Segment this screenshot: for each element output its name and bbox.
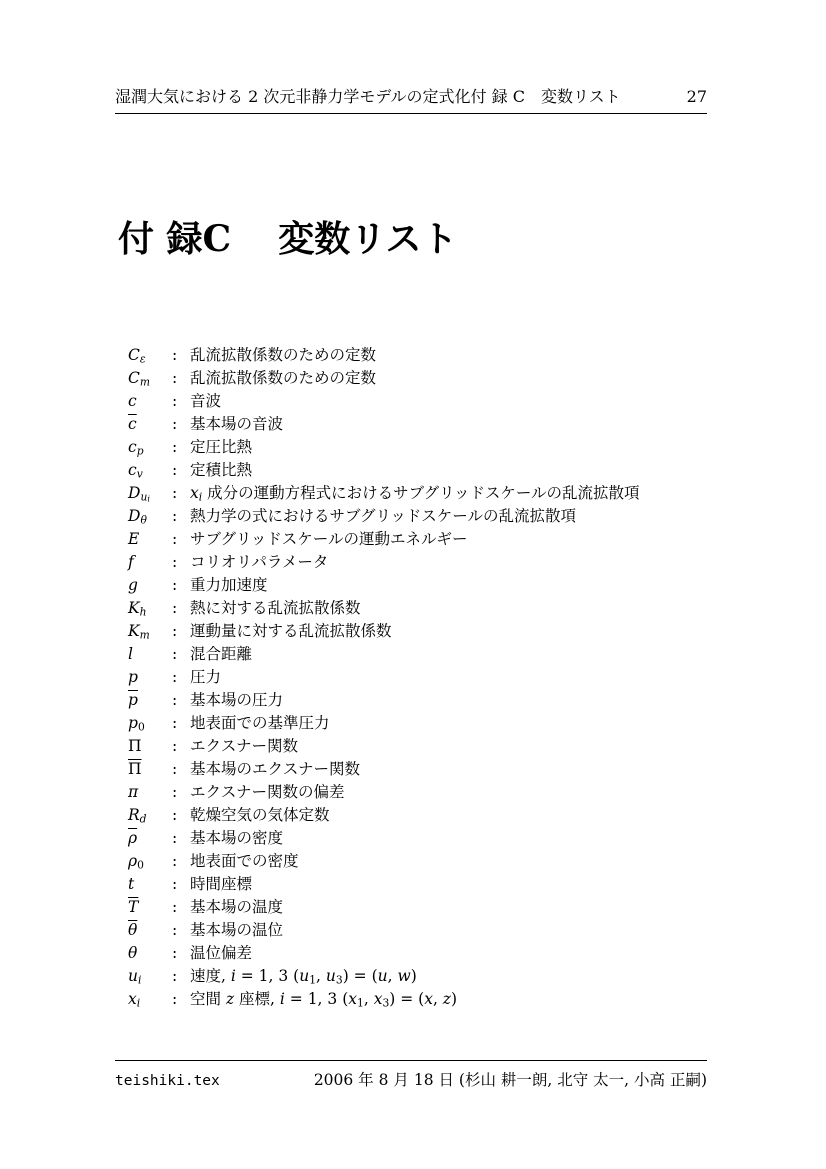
variable-row: g:重力加速度 [128,574,748,597]
variable-description: 時間座標 [190,873,748,896]
math-segment: z [443,990,451,1008]
variable-description: 圧力 [190,666,748,689]
math-segment: i [138,973,141,986]
variable-symbol: t [128,873,172,896]
math-segment: 空間 [190,990,226,1008]
colon-separator: : [172,712,190,735]
math-segment: x [424,990,433,1008]
math-segment: 基本場の圧力 [190,691,283,709]
colon-separator: : [172,850,190,873]
math-segment: g [128,576,138,594]
math-segment: ) = ( [343,967,378,985]
colon-separator: : [172,965,190,988]
math-segment: p [128,691,138,709]
variable-row: xi:空間 z 座標, i = 1, 3 (x1, x3) = (x, z) [128,988,748,1011]
math-segment: m [140,375,150,388]
math-segment: i [137,996,140,1009]
variable-symbol: π [128,781,172,804]
math-segment: 基本場の音波 [190,415,283,433]
math-segment: , [364,990,374,1008]
math-segment: 運動量に対する乱流拡散係数 [190,622,392,640]
variable-row: Dθ:熱力学の式におけるサブグリッドスケールの乱流拡散項 [128,505,748,528]
math-segment: 地表面での基準圧力 [190,714,330,732]
math-segment: D [128,507,140,525]
variable-symbol: Π [128,758,172,781]
variable-symbol: l [128,643,172,666]
colon-separator: : [172,873,190,896]
variable-description: 熱に対する乱流拡散係数 [190,597,748,620]
math-segment: x [348,990,357,1008]
variable-row: ui:速度, i = 1, 3 (u1, u3) = (u, w) [128,965,748,988]
math-segment: p [137,444,144,457]
math-segment: ) [451,990,457,1008]
math-segment: コリオリパラメータ [190,553,328,571]
math-segment: 基本場の温位 [190,921,283,939]
math-segment: , [388,967,398,985]
math-segment: c [128,438,137,456]
variable-description: 運動量に対する乱流拡散係数 [190,620,748,643]
math-segment: ρ [128,829,137,847]
math-segment: 圧力 [190,668,221,686]
math-segment: z [226,990,234,1008]
colon-separator: : [172,436,190,459]
document-page: 湿潤大気における 2 次元非静力学モデルの定式化付 録 C 変数リスト 27 付… [0,0,826,1169]
footer-filename: teishiki.tex [115,1073,220,1089]
variable-row: Π:基本場のエクスナー関数 [128,758,748,781]
variable-description: 温位偏差 [190,942,748,965]
math-segment: 乱流拡散係数のための定数 [190,346,376,364]
variable-symbol: c [128,390,172,413]
colon-separator: : [172,666,190,689]
variable-description: 音波 [190,390,748,413]
variable-row: p:基本場の圧力 [128,689,748,712]
page-footer: teishiki.tex 2006 年 8 月 18 日 (杉山 耕一朗, 北守… [115,1060,707,1090]
variable-symbol: θ [128,919,172,942]
math-segment: π [128,783,138,801]
math-segment: エクスナー関数 [190,737,298,755]
math-segment: Π [128,737,142,755]
variable-row: E:サブグリッドスケールの運動エネルギー [128,528,748,551]
variable-description: 基本場の圧力 [190,689,748,712]
variable-description: 基本場のエクスナー関数 [190,758,748,781]
math-segment: l [128,645,133,663]
math-segment: 速度, [190,967,231,985]
running-head: 湿潤大気における 2 次元非静力学モデルの定式化付 録 C 変数リスト 27 [115,87,707,107]
math-segment: 1 [357,996,364,1009]
variable-row: T:基本場の温度 [128,896,748,919]
math-segment: x [190,484,199,502]
colon-separator: : [172,551,190,574]
math-segment: 熱力学の式におけるサブグリッドスケールの乱流拡散項 [190,507,576,525]
variable-row: π:エクスナー関数の偏差 [128,781,748,804]
math-segment: サブグリッドスケールの運動エネルギー [190,530,467,548]
math-segment: m [140,628,150,641]
math-segment: 混合距離 [190,645,252,663]
variable-symbol: f [128,551,172,574]
variable-row: t:時間座標 [128,873,748,896]
colon-separator: : [172,459,190,482]
variable-description: エクスナー関数の偏差 [190,781,748,804]
math-segment: v [137,467,143,480]
math-segment: 定圧比熱 [190,438,252,456]
math-segment: c [128,392,137,410]
variable-description: 基本場の温度 [190,896,748,919]
math-segment: , [316,967,326,985]
colon-separator: : [172,574,190,597]
variable-description: 重力加速度 [190,574,748,597]
appendix-title: 付 録C 変数リスト [118,219,457,259]
math-segment: 座標, [234,990,280,1008]
math-segment: p [128,714,138,732]
footer-line: teishiki.tex 2006 年 8 月 18 日 (杉山 耕一朗, 北守… [115,1068,707,1090]
appendix-title-name: 変数リスト [278,219,457,259]
colon-separator: : [172,482,190,505]
variable-row: cv:定積比熱 [128,459,748,482]
colon-separator: : [172,505,190,528]
variable-row: l:混合距離 [128,643,748,666]
variable-row: cp:定圧比熱 [128,436,748,459]
variable-symbol: ρ [128,827,172,850]
math-segment: 1 [309,973,316,986]
page-number: 27 [687,87,707,107]
variable-description: 基本場の密度 [190,827,748,850]
variable-row: c:基本場の音波 [128,413,748,436]
variable-symbol: Π [128,735,172,758]
math-segment: = 1, 3 ( [236,967,299,985]
math-segment: u [378,967,388,985]
variable-row: c:音波 [128,390,748,413]
math-segment: f [128,553,134,571]
variable-row: Cm:乱流拡散係数のための定数 [128,367,748,390]
math-segment: x [128,990,137,1008]
math-segment: 温位偏差 [190,944,252,962]
math-segment: c [128,461,137,479]
colon-separator: : [172,804,190,827]
variable-symbol: p [128,666,172,689]
math-segment: 基本場のエクスナー関数 [190,760,360,778]
math-segment: 音波 [190,392,221,410]
colon-separator: : [172,896,190,919]
math-segment: ) [411,967,417,985]
colon-separator: : [172,528,190,551]
colon-separator: : [172,643,190,666]
math-segment: , [433,990,443,1008]
colon-separator: : [172,781,190,804]
colon-separator: : [172,827,190,850]
variable-row: θ:基本場の温位 [128,919,748,942]
math-segment: θ [140,513,146,526]
math-segment: 乾燥空気の気体定数 [190,806,330,824]
variable-description: コリオリパラメータ [190,551,748,574]
running-section-title: 付 録 C 変数リスト [471,87,621,107]
variable-row: Π:エクスナー関数 [128,735,748,758]
colon-separator: : [172,620,190,643]
variable-description: 基本場の温位 [190,919,748,942]
colon-separator: : [172,689,190,712]
math-segment: 時間座標 [190,875,252,893]
footer-dateline: 2006 年 8 月 18 日 (杉山 耕一朗, 北守 太一, 小高 正嗣) [314,1068,707,1090]
math-segment: w [397,967,410,985]
math-segment: 0 [138,720,145,733]
math-segment: K [128,599,140,617]
colon-separator: : [172,367,190,390]
variable-symbol: c [128,413,172,436]
math-segment: 0 [137,858,144,871]
variable-row: ρ0:地表面での密度 [128,850,748,873]
colon-separator: : [172,735,190,758]
math-segment: u [299,967,309,985]
math-segment: ) = ( [389,990,424,1008]
variable-row: f:コリオリパラメータ [128,551,748,574]
variable-row: ρ:基本場の密度 [128,827,748,850]
math-segment: 定積比熱 [190,461,252,479]
variable-symbol: T [128,896,172,919]
variable-row: Km:運動量に対する乱流拡散係数 [128,620,748,643]
math-segment: i [147,495,150,504]
variable-description: 定積比熱 [190,459,748,482]
math-segment: C [128,346,140,364]
variable-description: 乱流拡散係数のための定数 [190,344,748,367]
math-segment: θ [128,921,137,939]
colon-separator: : [172,413,190,436]
variable-description: 熱力学の式におけるサブグリッドスケールの乱流拡散項 [190,505,748,528]
colon-separator: : [172,942,190,965]
variable-row: p:圧力 [128,666,748,689]
math-segment: u [128,967,138,985]
colon-separator: : [172,919,190,942]
colon-separator: : [172,390,190,413]
variable-symbol: g [128,574,172,597]
variable-description: 地表面での密度 [190,850,748,873]
math-segment: p [128,668,138,686]
math-segment: 熱に対する乱流拡散係数 [190,599,361,617]
variable-row: Cε:乱流拡散係数のための定数 [128,344,748,367]
variable-description: エクスナー関数 [190,735,748,758]
math-segment: ρ [128,852,137,870]
variable-list: Cε:乱流拡散係数のための定数Cm:乱流拡散係数のための定数c:音波c:基本場の… [128,344,748,1011]
variable-symbol: p [128,689,172,712]
variable-description: 定圧比熱 [190,436,748,459]
colon-separator: : [172,597,190,620]
math-segment: エクスナー関数の偏差 [190,783,345,801]
variable-symbol: E [128,528,172,551]
appendix-title-label: 付 録C [118,219,231,259]
math-segment: d [140,812,147,825]
math-segment: 重力加速度 [190,576,268,594]
variable-row: Kh:熱に対する乱流拡散係数 [128,597,748,620]
math-segment: Π [128,760,142,778]
math-segment: c [128,415,137,433]
variable-row: Rd:乾燥空気の気体定数 [128,804,748,827]
variable-description: 乾燥空気の気体定数 [190,804,748,827]
math-segment: 成分の運動方程式におけるサブグリッドスケールの乱流拡散項 [202,484,639,502]
math-segment: C [128,369,140,387]
math-segment: 乱流拡散係数のための定数 [190,369,376,387]
math-segment: = 1, 3 ( [285,990,348,1008]
colon-separator: : [172,758,190,781]
variable-description: 空間 z 座標, i = 1, 3 (x1, x3) = (x, z) [190,988,748,1014]
math-segment: R [128,806,140,824]
math-segment: D [128,484,140,502]
colon-separator: : [172,988,190,1011]
math-segment: E [128,530,139,548]
math-segment: ε [140,352,146,365]
math-segment: T [128,898,138,916]
math-segment: t [128,875,134,893]
variable-description: 混合距離 [190,643,748,666]
variable-description: 乱流拡散係数のための定数 [190,367,748,390]
variable-description: 基本場の音波 [190,413,748,436]
colon-separator: : [172,344,190,367]
math-segment: 基本場の密度 [190,829,283,847]
math-segment: 基本場の温度 [190,898,283,916]
page-header: 湿潤大気における 2 次元非静力学モデルの定式化付 録 C 変数リスト 27 [115,87,707,114]
variable-symbol: xi [128,988,172,1014]
variable-description: 地表面での基準圧力 [190,712,748,735]
running-title: 湿潤大気における 2 次元非静力学モデルの定式化 [115,87,471,107]
variable-row: θ:温位偏差 [128,942,748,965]
math-segment: h [140,605,147,618]
variable-symbol: θ [128,942,172,965]
math-segment: u [326,967,336,985]
variable-description: サブグリッドスケールの運動エネルギー [190,528,748,551]
math-segment: θ [128,944,137,962]
math-segment: 3 [336,973,343,986]
variable-row: p0:地表面での基準圧力 [128,712,748,735]
variable-row: Dui:xi 成分の運動方程式におけるサブグリッドスケールの乱流拡散項 [128,482,748,505]
math-segment: 地表面での密度 [190,852,299,870]
math-segment: K [128,622,140,640]
